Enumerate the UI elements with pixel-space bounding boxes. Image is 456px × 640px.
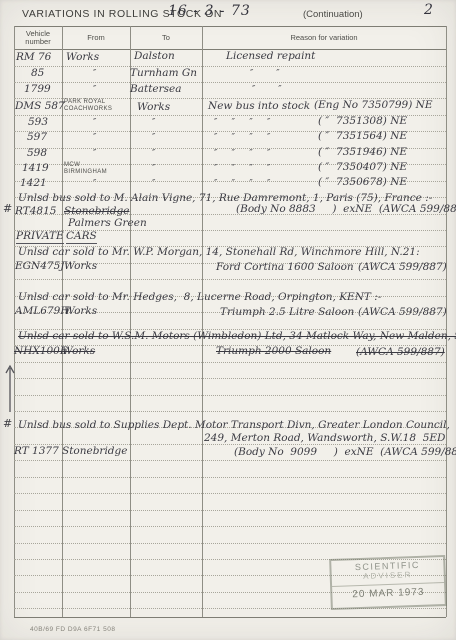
variation-date: 16 - 3 - 73 <box>168 4 251 19</box>
reason-cell: (Body No 9099 ) exNE (AWCA 599/885) <box>234 447 456 458</box>
reason-cell: (AWCA 599/887) <box>358 307 447 318</box>
row-rule <box>14 526 446 527</box>
page-number: 2 <box>424 3 434 18</box>
from-cell: Stonebridge <box>62 446 127 457</box>
from-cell: Works <box>66 52 99 63</box>
table-bottom-border <box>14 617 446 618</box>
row-rule <box>14 279 446 280</box>
section-heading: PRIVATE <box>16 231 64 244</box>
date-stamp: SCIENTIFIC ADVISER 20 MAR 1973 <box>329 555 447 610</box>
row-rule <box>14 493 446 494</box>
ditto-mark: ″ <box>93 180 96 189</box>
section-heading: CARS <box>66 231 97 244</box>
ditto-mark: ″ ″ ″ ″ <box>214 134 270 143</box>
stamp-date: 20 MAR 1973 <box>332 582 444 601</box>
from-cell: Palmers Green <box>68 218 147 229</box>
from-cell: BIRMINGHAM <box>64 169 107 175</box>
ditto-mark: ″ ″ ″ ″ <box>214 119 270 128</box>
margin-mark: # <box>3 202 12 215</box>
from-cell: Works <box>64 261 97 272</box>
ditto-mark: ″ <box>93 86 96 95</box>
to-cell: Battersea <box>130 84 182 95</box>
vehicle-number: DMS 587 <box>15 101 65 112</box>
column-header-to: To <box>130 34 202 42</box>
reason-cell: (AWCA 599/887) <box>356 347 445 358</box>
ditto-mark: ″ <box>152 165 155 174</box>
note-line: Unlsd car sold to W.S.M. Motors (Wimbled… <box>18 331 456 342</box>
vehicle-number: NHX100E <box>14 346 68 357</box>
note-line: Unlsd car sold to Mr. Hedges, 8, Lucerne… <box>18 292 381 303</box>
row-rule <box>14 395 446 396</box>
form-print-code: 40B/69 FD D9A 6F71 508 <box>30 626 115 633</box>
reason-cell: ( ″ 7351564) NE <box>318 131 407 142</box>
row-rule <box>14 608 446 609</box>
continuation-label: (Continuation) <box>303 9 363 20</box>
ditto-mark: ″ <box>152 150 155 159</box>
row-rule <box>14 477 446 478</box>
vehicle-number: RT4815 <box>15 206 56 217</box>
ditto-mark: ″ ″ <box>250 70 280 79</box>
row-rule <box>14 543 446 544</box>
column-header-from: From <box>62 34 130 42</box>
ditto-mark: ″ ″ <box>252 86 282 95</box>
reason-cell: Licensed repaint <box>226 51 315 62</box>
ditto-mark: ″ <box>93 70 96 79</box>
to-cell: Dalston <box>134 51 175 62</box>
vehicle-number: AML679H <box>15 306 70 317</box>
reason-cell: Triumph 2000 Saloon <box>216 346 331 357</box>
from-cell: COACHWORKS <box>64 106 112 112</box>
column-header-vehicle-number: Vehicle number <box>14 30 62 46</box>
ditto-mark: ″ <box>93 119 96 128</box>
from-cell: Works <box>62 346 95 357</box>
ditto-mark: ″ ″ ″ ″ <box>214 150 270 159</box>
scanned-form-page: VARIATIONS IN ROLLING STOCK ON 16 - 3 - … <box>0 0 456 640</box>
reason-cell: ( ″ 7351308) NE <box>318 116 407 127</box>
column-header-reason: Reason for variation <box>202 34 446 42</box>
note-line: 249, Merton Road, Wandsworth, S.W.18 5ED <box>204 433 445 444</box>
row-rule <box>14 510 446 511</box>
margin-up-arrow-icon <box>3 362 17 419</box>
table-top-border <box>14 26 446 27</box>
ditto-mark: ″ <box>93 134 96 143</box>
row-rule <box>14 460 446 461</box>
reason-cell: (Body No 8883 ) exNE (AWCA 599/885) <box>236 204 456 215</box>
vehicle-number: 1419 <box>22 163 49 174</box>
reason-cell: (AWCA 599/887) <box>358 262 447 273</box>
vehicle-number: 593 <box>28 117 48 128</box>
vehicle-number: EGN475J <box>15 261 65 272</box>
reason-cell: ( ″ 7351946) NE <box>318 147 407 158</box>
reason-cell: ( ″ 7350678) NE <box>318 177 407 188</box>
row-rule <box>14 66 446 67</box>
to-cell: Turnham Gn <box>130 68 197 79</box>
reason-cell: ( ″ 7350407) NE <box>318 162 407 173</box>
reason-cell: Triumph 2.5 Litre Saloon <box>220 307 354 318</box>
ditto-mark: ″ <box>152 134 155 143</box>
row-rule <box>14 362 446 363</box>
vehicle-number: 597 <box>27 132 47 143</box>
row-rule <box>14 378 446 379</box>
reason-cell: New bus into stock <box>208 101 310 112</box>
vehicle-number: RT 1377 <box>14 446 59 457</box>
row-rule <box>14 411 446 412</box>
reason-cell: Ford Cortina 1600 Saloon <box>216 262 354 273</box>
vehicle-number: RM 76 <box>16 52 51 63</box>
note-line: Unlsd bus sold to Supplies Dept. Motor T… <box>18 420 450 431</box>
vehicle-number: 1799 <box>24 84 51 95</box>
row-rule <box>14 82 446 83</box>
ditto-mark: ″ <box>93 150 96 159</box>
from-cell: Works <box>64 306 97 317</box>
vehicle-number: 85 <box>31 68 44 79</box>
table-right-border <box>446 26 447 617</box>
ditto-mark: ″ ″ ″ ″ <box>214 165 270 174</box>
ditto-mark: ″ <box>152 119 155 128</box>
vehicle-number: 1421 <box>20 178 47 189</box>
vehicle-number: 598 <box>27 148 47 159</box>
from-cell: MCW <box>64 162 80 168</box>
ditto-mark: ″ <box>152 180 155 189</box>
ditto-mark: ″ ″ ″ ″ <box>214 180 270 189</box>
from-cell: PARK ROYAL <box>64 99 105 105</box>
reason-cell: (Eng No 7350799) NE <box>314 100 432 111</box>
from-cell: Stonebridge <box>64 206 129 217</box>
to-cell: Works <box>137 102 170 113</box>
note-line: Unlsd car sold to Mr. W.P. Morgan, 14, S… <box>18 247 420 258</box>
